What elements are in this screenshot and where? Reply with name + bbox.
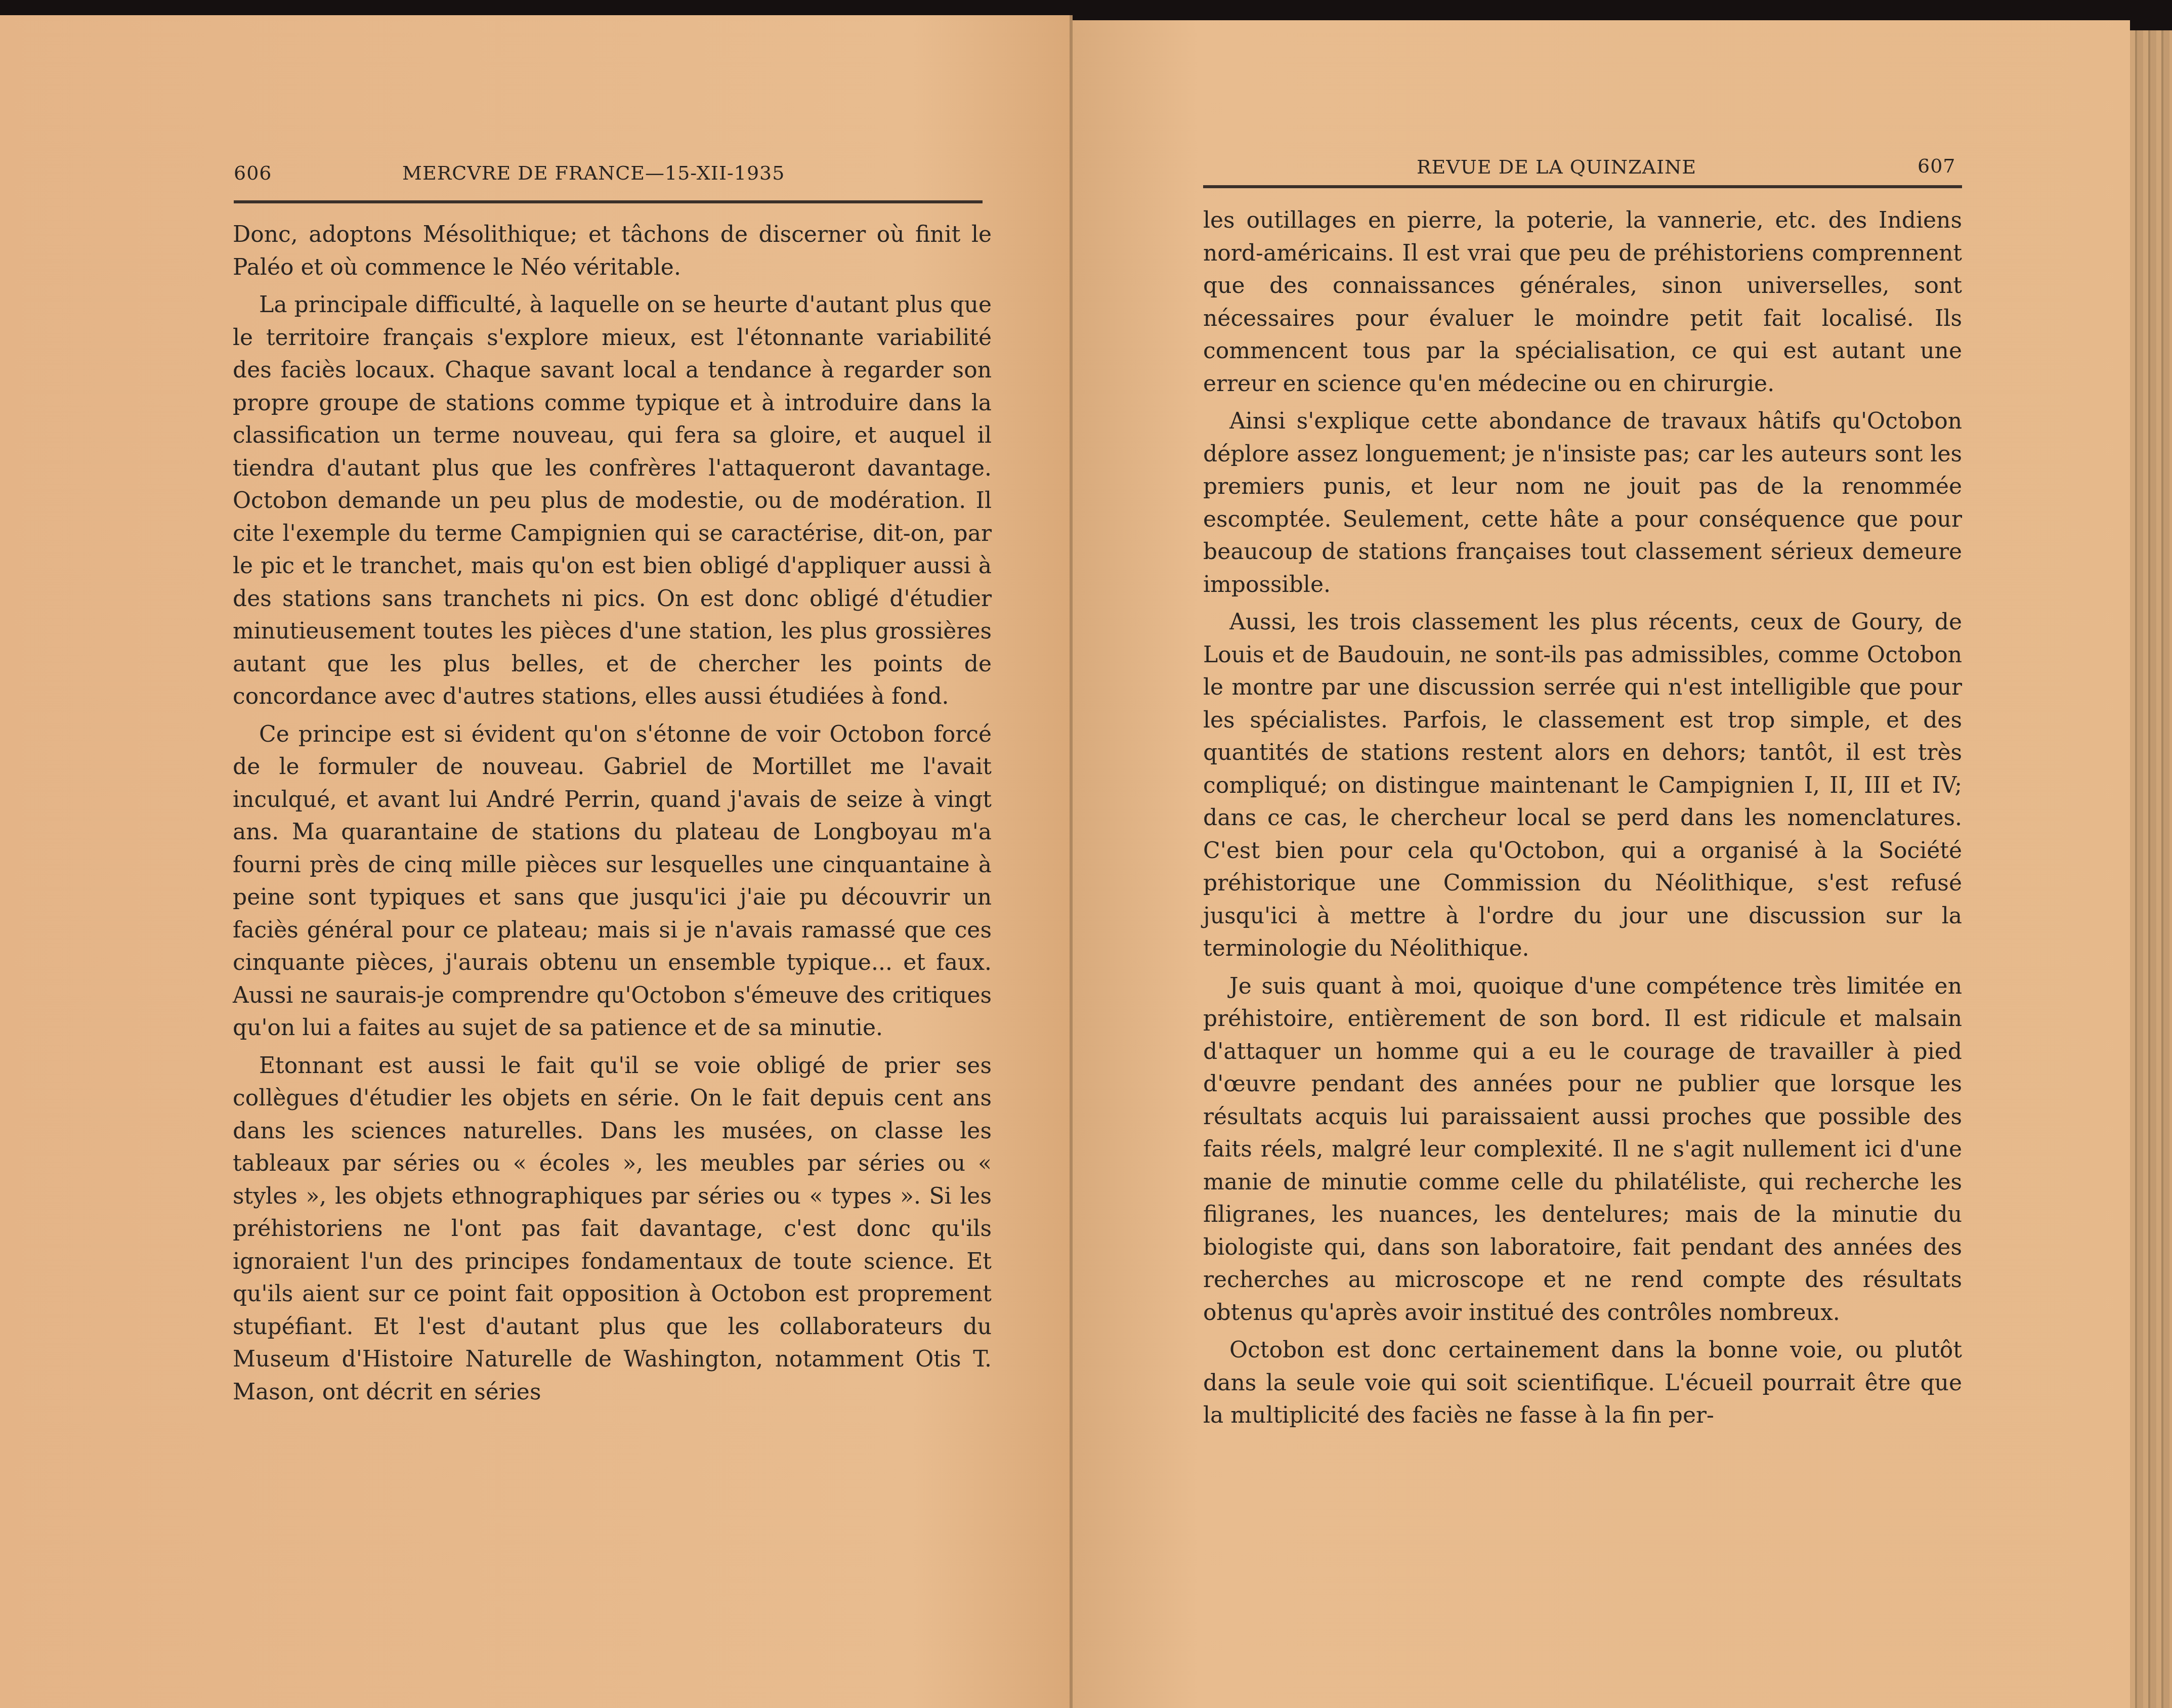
left-page-number: 606 <box>234 162 272 184</box>
left-running-head: MERCVRE DE FRANCE—15-XII-1935 <box>402 162 785 184</box>
left-header-rule <box>234 200 983 203</box>
right-text-column: les outillages en pierre, la poterie, la… <box>1203 204 1962 1437</box>
right-page-number: 607 <box>1918 155 1956 177</box>
paragraph: Aussi, les trois classement les plus réc… <box>1203 606 1962 965</box>
right-header-rule <box>1203 185 1962 188</box>
paragraph: Ainsi s'explique cette abondance de trav… <box>1203 405 1962 601</box>
paragraph: Je suis quant à moi, quoique d'une compé… <box>1203 970 1962 1330</box>
paragraph: Ce principe est si évident qu'on s'étonn… <box>233 718 992 1045</box>
paragraph: les outillages en pierre, la poterie, la… <box>1203 204 1962 400</box>
right-running-head: REVUE DE LA QUINZAINE <box>1417 156 1696 178</box>
book-gutter <box>1070 15 1073 1708</box>
left-text-column: Donc, adoptons Mésolithique; et tâchons … <box>233 219 992 1414</box>
paragraph: La principale difficulté, à laquelle on … <box>233 289 992 713</box>
page-edges <box>2130 30 2172 1708</box>
paragraph: Octobon est donc certainement dans la bo… <box>1203 1334 1962 1432</box>
paragraph: Donc, adoptons Mésolithique; et tâchons … <box>233 219 992 284</box>
paragraph: Etonnant est aussi le fait qu'il se voie… <box>233 1050 992 1409</box>
